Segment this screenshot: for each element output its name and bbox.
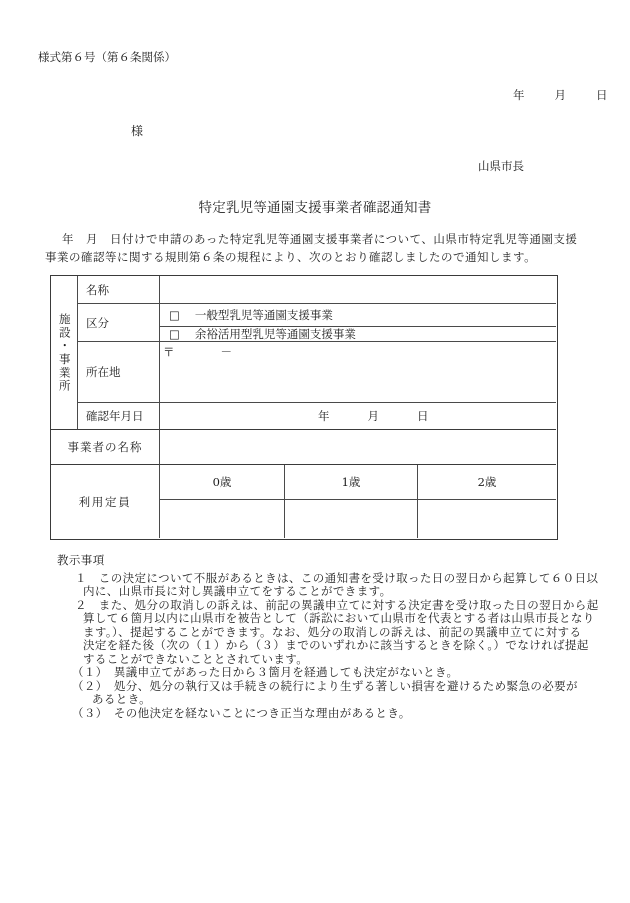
address-label: 所在地 xyxy=(86,364,121,380)
capacity-age2-value-cell xyxy=(418,500,556,538)
capacity-age0-value-cell xyxy=(160,500,285,538)
body-paragraph: 年 月 日付けで申請のあった特定乳児等通園支援事業者について、山県市特定乳児等通… xyxy=(45,230,605,266)
facility-group-label: 施設・事業所 xyxy=(58,313,70,393)
name-label-cell: 名称 xyxy=(78,276,160,304)
postal-code-placeholder: 〒 － xyxy=(163,345,232,359)
address-value-cell: 〒 － xyxy=(160,342,556,403)
capacity-age1-header-cell: 1歳 xyxy=(285,465,418,500)
note-subitem-2: （２） 処分、処分の執行又は手続きの続行により生ずる著しい損害を避けるため緊急の… xyxy=(45,680,605,707)
category-label: 区分 xyxy=(86,315,109,331)
category-label-cell: 区分 xyxy=(78,304,160,342)
note-subitem-1: （１） 異議申立てがあった日から３箇月を経過しても決定がないとき。 xyxy=(45,666,605,680)
document-page: { "header": { "form_label": "様式第６号（第６条関係… xyxy=(0,0,630,903)
checkbox-icon: □ xyxy=(169,327,180,341)
capacity-label-cell: 利用定員 xyxy=(51,465,160,538)
confirm-date-value-cell: 年 月 日 xyxy=(160,403,556,430)
instruction-notes-section: 教示事項 １ この決定について不服があるときは、この通知書を受け取った日の翌日か… xyxy=(45,554,605,720)
note-item-1: １ この決定について不服があるときは、この通知書を受け取った日の翌日から起算して… xyxy=(45,572,605,599)
addressee-honorific: 様 xyxy=(131,122,143,139)
issue-date-line: 年 月 日 xyxy=(513,87,608,103)
operator-name-value-cell xyxy=(160,430,556,465)
category-option-label: 余裕活用型乳児等通園支援事業 xyxy=(195,327,356,342)
confirm-date-label-cell: 確認年月日 xyxy=(78,403,160,430)
notes-heading: 教示事項 xyxy=(57,554,605,568)
confirm-date-year: 年 xyxy=(318,408,330,424)
confirm-date-day: 日 xyxy=(417,408,429,424)
category-option-surplus-cell: □ 余裕活用型乳児等通園支援事業 xyxy=(160,327,556,342)
form-number-label: 様式第６号（第６条関係） xyxy=(38,49,176,65)
capacity-label: 利用定員 xyxy=(79,494,132,510)
operator-name-label-cell: 事業者の名称 xyxy=(51,430,160,465)
capacity-age2-header-cell: 2歳 xyxy=(418,465,556,500)
name-value-cell xyxy=(160,276,556,304)
confirm-date-label: 確認年月日 xyxy=(86,408,144,424)
document-title: 特定乳児等通園支援事業者確認通知書 xyxy=(0,196,630,216)
capacity-age1-header: 1歳 xyxy=(342,474,361,490)
note-subitem-3: （３） その他決定を経ないことにつき正当な理由があるとき。 xyxy=(45,707,605,721)
name-label: 名称 xyxy=(86,282,109,298)
category-option-label: 一般型乳児等通園支援事業 xyxy=(195,307,333,323)
issue-date-day: 日 xyxy=(596,87,608,103)
facility-group-header-cell: 施設・事業所 xyxy=(51,276,78,430)
facility-table: 施設・事業所 名称 区分 □ 一般型乳児等通園支援事業 □ 余裕活用型乳児等通園… xyxy=(50,275,558,540)
capacity-age2-header: 2歳 xyxy=(478,474,497,490)
category-option-general-cell: □ 一般型乳児等通園支援事業 xyxy=(160,304,556,327)
note-item-2: ２ また、処分の取消しの訴えは、前記の異議申立てに対する決定書を受け取った日の翌… xyxy=(45,599,605,667)
operator-name-label: 事業者の名称 xyxy=(68,439,143,455)
capacity-age0-header-cell: 0歳 xyxy=(160,465,285,500)
capacity-age1-value-cell xyxy=(285,500,418,538)
issue-date-month: 月 xyxy=(555,87,567,103)
address-label-cell: 所在地 xyxy=(78,342,160,403)
confirm-date-month: 月 xyxy=(368,408,380,424)
issue-date-year: 年 xyxy=(513,87,525,103)
checkbox-icon: □ xyxy=(169,308,180,322)
capacity-age0-header: 0歳 xyxy=(213,474,232,490)
sender-name: 山県市長 xyxy=(478,158,524,174)
